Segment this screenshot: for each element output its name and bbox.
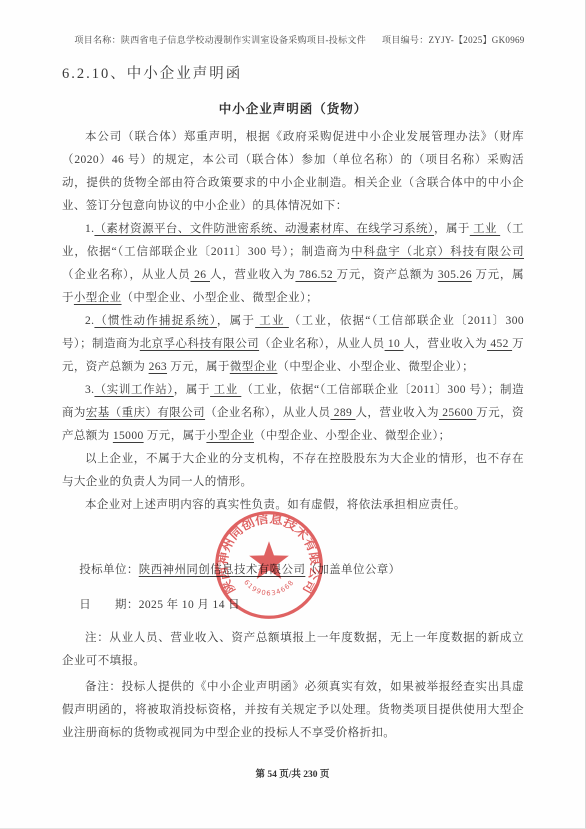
- project-number: 项目编号：ZYJY-【2025】GK0969: [382, 35, 525, 45]
- filled-blank-text: 小型企业: [74, 292, 122, 304]
- text-run: （中型企业、小型企业、微型企业）；: [254, 430, 451, 442]
- filled-blank-text: 陕西神州同创信息技术有限公司: [139, 564, 306, 576]
- date-line: 日 期：2025 年 10 月 14 日: [62, 594, 524, 617]
- section-title: 6.2.10、中小企业声明函: [62, 62, 524, 83]
- enterprise-item-2: 2.（惯性动作捕捉系统），属于 工业 （工业，依据“（工信部联企业〔2011〕3…: [62, 310, 524, 379]
- filled-blank-text: 工业: [470, 223, 500, 235]
- document-body: 本公司（联合体）郑重声明，根据《政府采购促进中小企业发展管理办法》（财库（202…: [62, 126, 524, 745]
- filled-blank-text: 26: [191, 269, 210, 281]
- text-run: 本企业对上述声明内容的真实性负责。如有虚假，将依法承担相应责任。: [85, 499, 466, 511]
- filled-blank-text: （实训工作站）: [94, 384, 173, 396]
- text-run: 以上企业，不属于大企业的分支机构，不存在控股股东为大企业的情形，也不存在与大企业…: [62, 453, 524, 488]
- text-run: 注：从业人员、营业收入、资产总额填报上一年度数据，无上一年度数据的新成立企业可不…: [62, 632, 524, 667]
- text-run: 人，营业收入为: [210, 269, 295, 281]
- project-name: 项目名称：陕西省电子信息学校动漫制作实训室设备采购项目-投标文件: [74, 35, 366, 45]
- filled-blank-text: 25600: [439, 407, 476, 419]
- filled-blank-text: 宏基（重庆）有限公司: [86, 407, 205, 419]
- enterprise-item-1: 1.（素材资源平台、文件防泄密系统、动漫素材库、在线学习系统），属于 工业 （工…: [62, 218, 524, 310]
- filled-blank-text: 北京孚心科技有限公司: [140, 338, 259, 350]
- document-content: 6.2.10、中小企业声明函 中小企业声明函（货物） 本公司（联合体）郑重声明，…: [62, 62, 524, 745]
- filled-blank-text: 小型企业: [206, 430, 254, 442]
- text-run: 备注：投标人提供的《中小企业声明函》必须真实有效，如果被举报经查实出具虚假声明函…: [62, 681, 524, 739]
- text-run: 万元，属于: [144, 430, 207, 442]
- text-run: 日 期：2025 年 10 月 14 日: [79, 599, 240, 611]
- text-run: （中型企业、小型企业、微型企业）；: [277, 361, 474, 373]
- filled-blank-text: （惯性动作捕捉系统）: [94, 315, 216, 327]
- filled-blank-text: 452: [487, 338, 512, 350]
- filled-blank-text: 263: [149, 361, 167, 373]
- text-run: （企业名称），从业人员: [205, 407, 330, 419]
- text-run: 万元，属于: [167, 361, 230, 373]
- filled-blank-text: 10: [385, 338, 404, 350]
- text-run: ，属于: [434, 223, 470, 235]
- filled-blank-text: 工业: [210, 384, 241, 396]
- note-line: 注：从业人员、营业收入、资产总额填报上一年度数据，无上一年度数据的新成立企业可不…: [62, 627, 524, 673]
- bidder-line: 投标单位：陕西神州同创信息技术有限公司（加盖单位公章）: [62, 559, 524, 582]
- text-run: 人，营业收入为: [404, 338, 488, 350]
- filled-blank-text: 289: [330, 407, 355, 419]
- filled-blank-text: （素材资源平台、文件防泄密系统、动漫素材库、在线学习系统）: [94, 223, 434, 235]
- text-run: ，属于: [217, 315, 255, 327]
- filled-blank-text: 微型企业: [230, 361, 278, 373]
- text-run: （加盖单位公章）: [305, 564, 400, 576]
- text-run: （企业名称），从业人员: [259, 338, 385, 350]
- document-page: 项目名称：陕西省电子信息学校动漫制作实训室设备采购项目-投标文件项目编号：ZYJ…: [0, 0, 586, 829]
- no-large-enterprise-clause: 以上企业，不属于大企业的分支机构，不存在控股股东为大企业的情形，也不存在与大企业…: [62, 448, 524, 494]
- filled-blank-text: 工业: [255, 315, 289, 327]
- filled-blank-text: 305.26: [438, 269, 472, 281]
- filled-blank-text: 786.52: [295, 269, 336, 281]
- text-run: （中型企业、小型企业、微型企业）；: [122, 292, 319, 304]
- text-run: 人，营业收入为: [356, 407, 439, 419]
- remark-line: 备注：投标人提供的《中小企业声明函》必须真实有效，如果被举报经查实出具虚假声明函…: [62, 676, 524, 745]
- page-number: 第 54 页/共 230 页: [0, 766, 585, 780]
- truthfulness-clause: 本企业对上述声明内容的真实性负责。如有虚假，将依法承担相应责任。: [62, 494, 524, 517]
- text-run: ，属于: [174, 384, 210, 396]
- page-header: 项目名称：陕西省电子信息学校动漫制作实训室设备采购项目-投标文件项目编号：ZYJ…: [70, 33, 529, 46]
- filled-blank-text: 中科盘宇（北京）科技有限公司: [351, 246, 524, 258]
- enterprise-item-3: 3.（实训工作站），属于 工业 （工业，依据“（工信部联企业〔2011〕300 …: [62, 379, 524, 448]
- text-run: 万元，资产总额为: [337, 269, 438, 281]
- declaration-intro: 本公司（联合体）郑重声明，根据《政府采购促进中小企业发展管理办法》（财库（202…: [62, 126, 524, 218]
- text-run: 本公司（联合体）郑重声明，根据《政府采购促进中小企业发展管理办法》（财库（202…: [62, 131, 524, 212]
- text-run: 投标单位：: [79, 564, 139, 576]
- doc-title: 中小企业声明函（货物）: [62, 99, 524, 117]
- filled-blank-text: 15000: [113, 430, 144, 442]
- text-run: （企业名称），从业人员: [62, 269, 191, 281]
